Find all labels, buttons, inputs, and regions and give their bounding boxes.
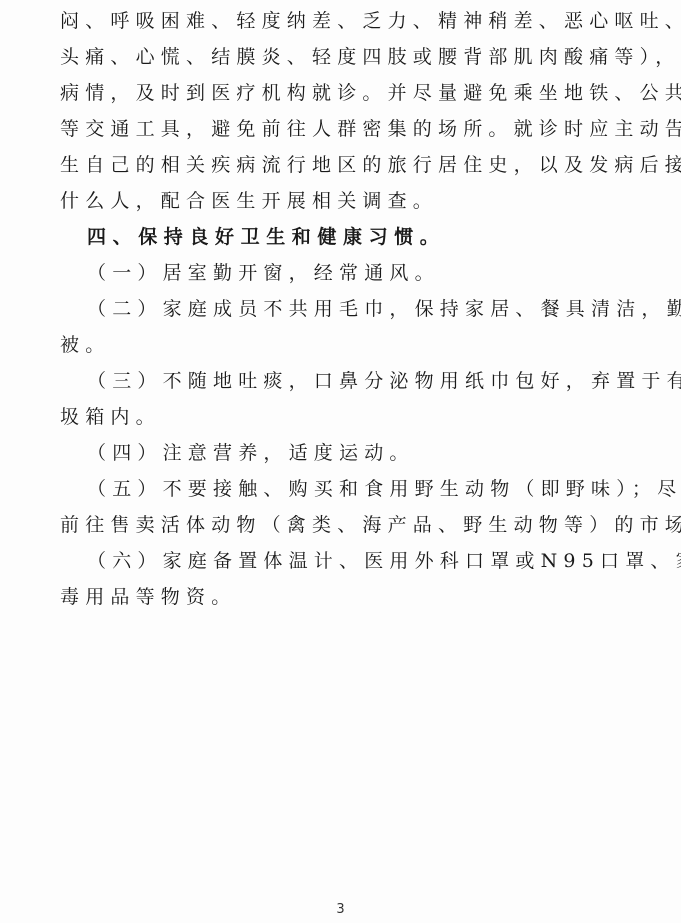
paragraph-line: 头痛、心慌、结膜炎、轻度四肢或腰背部肌肉酸痛等），应根据 [60, 39, 628, 75]
list-item-6-continued: 毒用品等物资。 [60, 579, 628, 615]
list-item-3-continued: 圾箱内。 [60, 399, 628, 435]
paragraph-line: 生自己的相关疾病流行地区的旅行居住史，以及发病后接触过 [60, 147, 628, 183]
paragraph-line: 病情，及时到医疗机构就诊。并尽量避免乘坐地铁、公共汽车 [60, 75, 628, 111]
list-item-3: （三）不随地吐痰，口鼻分泌物用纸巾包好，弃置于有盖垃 [60, 363, 628, 399]
list-item-5-continued: 前往售卖活体动物（禽类、海产品、野生动物等）的市场。 [60, 507, 628, 543]
paragraph-line: 等交通工具，避免前往人群密集的场所。就诊时应主动告诉医 [60, 111, 628, 147]
section-heading: 四、保持良好卫生和健康习惯。 [60, 219, 628, 255]
list-item-2-continued: 被。 [60, 327, 628, 363]
paragraph-line: 什么人，配合医生开展相关调查。 [60, 183, 628, 219]
list-item-2: （二）家庭成员不共用毛巾，保持家居、餐具清洁，勤晒衣 [60, 291, 628, 327]
list-item-4: （四）注意营养，适度运动。 [60, 435, 628, 471]
document-body: 闷、呼吸困难、轻度纳差、乏力、精神稍差、恶心呕吐、腹泻、 头痛、心慌、结膜炎、轻… [60, 3, 628, 615]
list-item-6: （六）家庭备置体温计、医用外科口罩或N95口罩、家用消 [60, 543, 628, 579]
paragraph-line: 闷、呼吸困难、轻度纳差、乏力、精神稍差、恶心呕吐、腹泻、 [60, 3, 628, 39]
document-page: 闷、呼吸困难、轻度纳差、乏力、精神稍差、恶心呕吐、腹泻、 头痛、心慌、结膜炎、轻… [0, 0, 681, 923]
page-number: 3 [0, 902, 681, 917]
list-item-1: （一）居室勤开窗，经常通风。 [60, 255, 628, 291]
list-item-5: （五）不要接触、购买和食用野生动物（即野味）；尽量避免 [60, 471, 628, 507]
